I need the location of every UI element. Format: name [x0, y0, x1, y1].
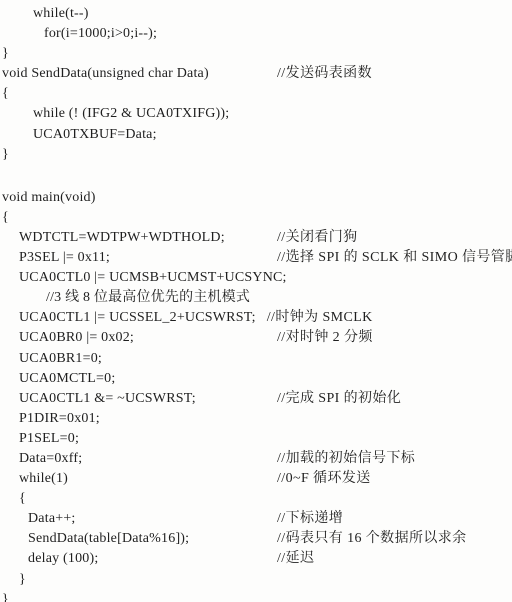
code-line: } [0, 590, 512, 602]
code-text: UCA0BR1=0; [19, 349, 102, 369]
code-fragment: } [19, 572, 26, 587]
code-text: SendData(table[Data%16]); [28, 529, 189, 549]
code-fragment: void SendData(unsigned char Data) [2, 66, 209, 81]
code-fragment: UCA0CTL0 |= UCMSB+UCMST+UCSYNC; [19, 270, 287, 285]
code-line: while(t--) [0, 4, 512, 24]
code-fragment: for(i=1000;i>0;i--); [44, 26, 157, 41]
comment-line-text: //3 线 8 位最高位优先的主机模式 [46, 288, 250, 308]
code-text: { [19, 489, 26, 509]
code-text: { [2, 84, 9, 104]
comment-text: //对时钟 2 分频 [277, 328, 373, 348]
code-text: } [19, 570, 26, 590]
code-text: UCA0CTL0 |= UCMSB+UCMST+UCSYNC; [19, 268, 287, 288]
code-fragment: UCA0MCTL=0; [19, 371, 115, 386]
comment-text: //关闭看门狗 [277, 228, 358, 248]
code-line: for(i=1000;i>0;i--); [0, 24, 512, 44]
comment-text: //下标递增 [277, 509, 343, 529]
code-line: UCA0MCTL=0; [0, 369, 512, 389]
code-fragment: SendData(table[Data%16]); [28, 531, 189, 546]
code-fragment: } [2, 46, 9, 61]
code-fragment: while(1) [19, 471, 68, 486]
code-fragment: while(t--) [33, 6, 89, 21]
code-line: Data++;//下标递增 [0, 509, 512, 529]
code-line: SendData(table[Data%16]);//码表只有 16 个数据所以… [0, 529, 512, 549]
comment-text: //0~F 循环发送 [277, 469, 371, 489]
code-line: UCA0CTL1 |= UCSSEL_2+UCSWRST;//时钟为 SMCLK [0, 308, 512, 328]
code-text: while (! (IFG2 & UCA0TXIFG)); [33, 104, 229, 124]
code-fragment: UCA0BR0 |= 0x02; [19, 330, 134, 345]
code-line: UCA0BR1=0; [0, 349, 512, 369]
code-line: } [0, 145, 512, 165]
code-fragment: P1SEL=0; [19, 431, 79, 446]
comment-text: //加载的初始信号下标 [277, 449, 415, 469]
comment-text: //时钟为 SMCLK [267, 310, 373, 325]
code-listing: while(t--)for(i=1000;i>0;i--);}void Send… [0, 0, 512, 602]
code-line: //3 线 8 位最高位优先的主机模式 [0, 288, 512, 308]
code-fragment: void main(void) [2, 190, 96, 205]
code-text: } [2, 145, 9, 165]
code-fragment: UCA0BR1=0; [19, 351, 102, 366]
code-line: void main(void) [0, 188, 512, 208]
code-text: UCA0BR0 |= 0x02; [19, 328, 134, 348]
comment-text: //延迟 [277, 549, 314, 569]
code-fragment: { [19, 491, 26, 506]
code-line: UCA0TXBUF=Data; [0, 125, 512, 145]
comment-text: //发送码表函数 [277, 64, 372, 84]
code-line: } [0, 570, 512, 590]
code-text: WDTCTL=WDTPW+WDTHOLD; [19, 228, 225, 248]
code-fragment: P1DIR=0x01; [19, 411, 100, 426]
code-fragment: UCA0CTL1 &= ~UCSWRST; [19, 391, 196, 406]
code-line: P1SEL=0; [0, 429, 512, 449]
comment-text: //码表只有 16 个数据所以求余 [277, 529, 467, 549]
code-line: P1DIR=0x01; [0, 409, 512, 429]
code-text: while(t--) [33, 4, 89, 24]
code-text: P1DIR=0x01; [19, 409, 100, 429]
comment-text: //选择 SPI 的 SCLK 和 SIMO 信号管脚 [277, 248, 512, 268]
code-line: UCA0CTL0 |= UCMSB+UCMST+UCSYNC; [0, 268, 512, 288]
code-text: Data=0xff; [19, 449, 82, 469]
code-fragment: while (! (IFG2 & UCA0TXIFG)); [33, 106, 229, 121]
code-line: { [0, 208, 512, 228]
code-fragment: { [2, 86, 9, 101]
code-line: while(1)//0~F 循环发送 [0, 469, 512, 489]
code-text: P3SEL |= 0x11; [19, 248, 110, 268]
code-fragment: UCA0TXBUF=Data; [33, 127, 157, 142]
code-text: for(i=1000;i>0;i--); [44, 24, 157, 44]
code-text: } [2, 590, 9, 602]
code-fragment: } [2, 147, 9, 162]
code-line: UCA0CTL1 &= ~UCSWRST;//完成 SPI 的初始化 [0, 389, 512, 409]
code-text: UCA0CTL1 &= ~UCSWRST; [19, 389, 196, 409]
code-line: delay (100);//延迟 [0, 549, 512, 569]
blank-line [0, 165, 512, 188]
code-text: while(1) [19, 469, 68, 489]
code-text: UCA0CTL1 |= UCSSEL_2+UCSWRST;//时钟为 SMCLK [19, 308, 373, 328]
code-fragment: P3SEL |= 0x11; [19, 250, 110, 265]
code-fragment: { [2, 210, 9, 225]
code-fragment: Data=0xff; [19, 451, 82, 466]
code-fragment: delay (100); [28, 551, 98, 566]
code-fragment: WDTCTL=WDTPW+WDTHOLD; [19, 230, 225, 245]
code-fragment: Data++; [28, 511, 76, 526]
code-line: void SendData(unsigned char Data)//发送码表函… [0, 64, 512, 84]
code-text: UCA0TXBUF=Data; [33, 125, 157, 145]
code-text: delay (100); [28, 549, 98, 569]
comment-text: //完成 SPI 的初始化 [277, 389, 401, 409]
code-text: void main(void) [2, 188, 96, 208]
code-line: P3SEL |= 0x11;//选择 SPI 的 SCLK 和 SIMO 信号管… [0, 248, 512, 268]
code-line: Data=0xff;//加载的初始信号下标 [0, 449, 512, 469]
code-line: WDTCTL=WDTPW+WDTHOLD;//关闭看门狗 [0, 228, 512, 248]
code-text: } [2, 44, 9, 64]
code-line: { [0, 489, 512, 509]
code-fragment: //3 线 8 位最高位优先的主机模式 [46, 290, 250, 305]
code-text: void SendData(unsigned char Data) [2, 64, 209, 84]
code-fragment: } [2, 592, 9, 602]
code-fragment: UCA0CTL1 |= UCSSEL_2+UCSWRST; [19, 310, 256, 325]
code-line: UCA0BR0 |= 0x02;//对时钟 2 分频 [0, 328, 512, 348]
code-text: UCA0MCTL=0; [19, 369, 115, 389]
code-line: { [0, 84, 512, 104]
code-line: while (! (IFG2 & UCA0TXIFG)); [0, 104, 512, 124]
code-text: { [2, 208, 9, 228]
code-text: Data++; [28, 509, 76, 529]
code-text: P1SEL=0; [19, 429, 79, 449]
code-line: } [0, 44, 512, 64]
